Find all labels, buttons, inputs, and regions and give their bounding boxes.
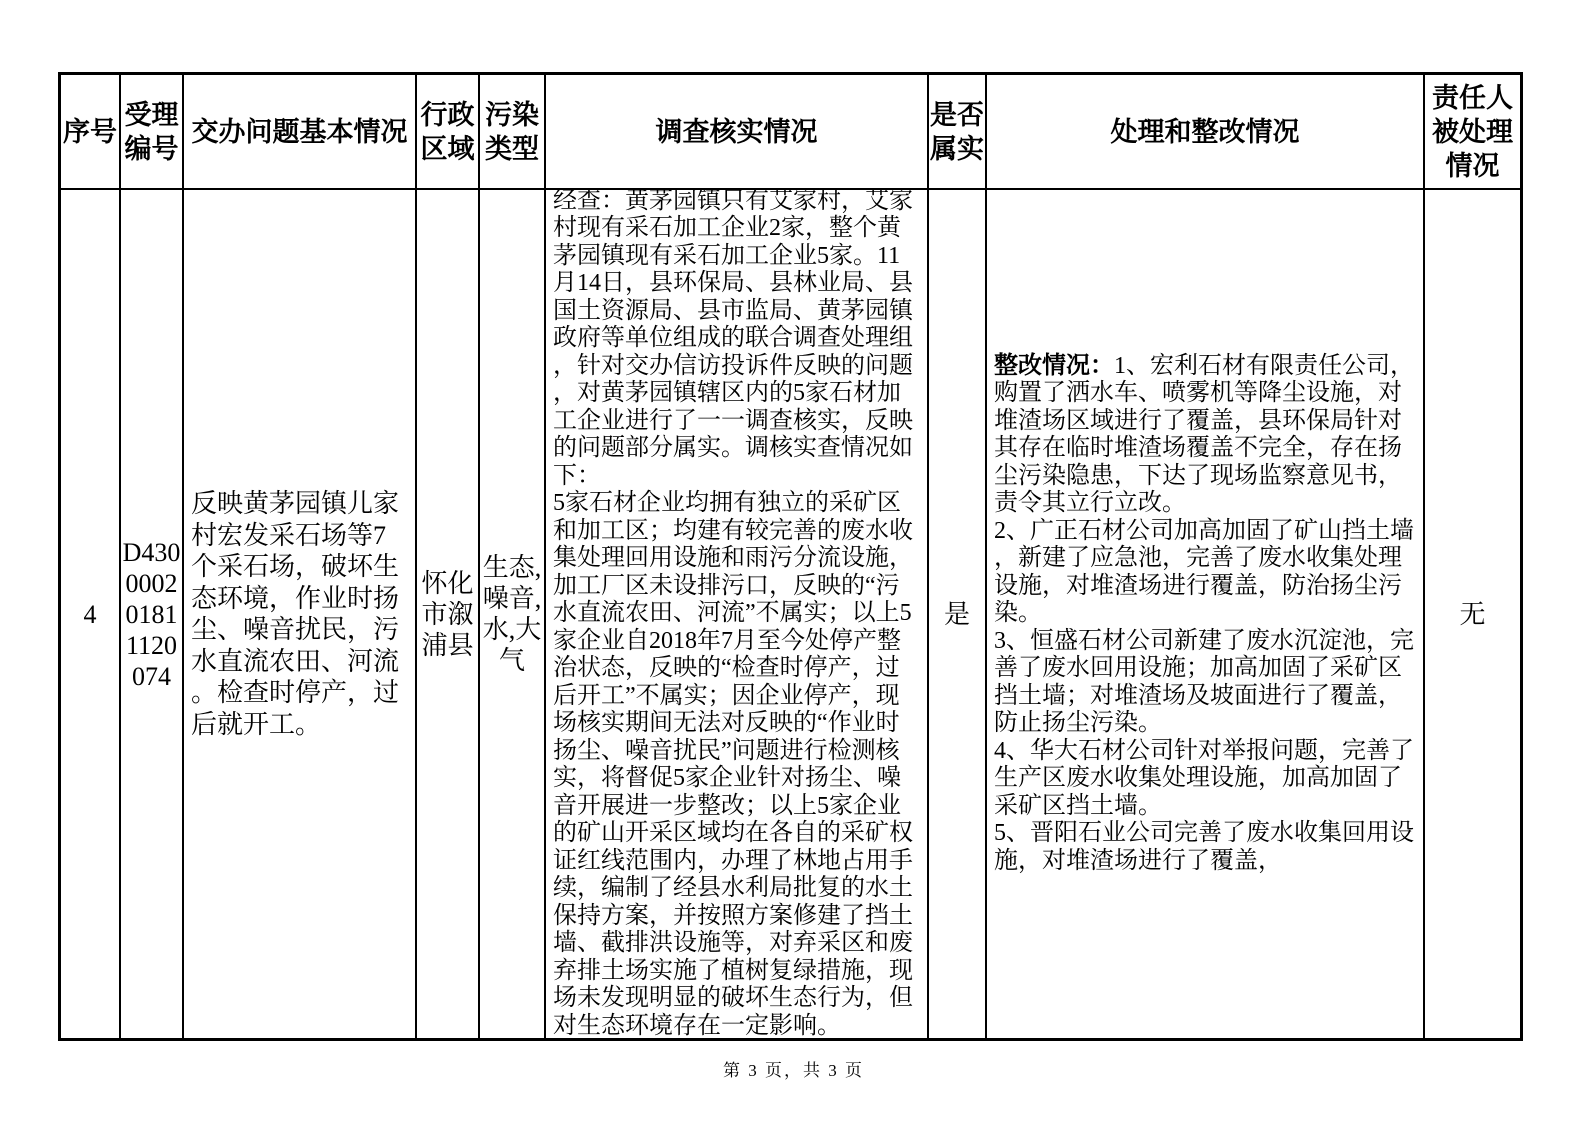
issue-text: 反映黄茅园镇儿家村宏发采石场等7个采石场，破坏生态环境，作业时扬尘、噪音扰民，污… xyxy=(191,488,408,740)
header-cell-rectification: 处理和整改情况 xyxy=(987,75,1425,190)
rectification-item: 5、晋阳石业公司完善了废水收集回用设施，对堆渣场进行了覆盖， xyxy=(994,820,1416,875)
rectification-item: 4、华大石材公司针对举报问题，完善了生产区废水收集处理设施，加高加固了采矿区挡土… xyxy=(994,738,1416,821)
header-cell-responsible: 责任人 被处理 情况 xyxy=(1425,75,1520,190)
complaint-handling-table: 序号 受理 编号 交办问题基本情况 行政 区域 污染 类型 调查核实情况 是否 … xyxy=(58,72,1523,1041)
rectification-item: 2、广正石材公司加高加固了矿山挡土墙，新建了应急池，完善了废水收集处理设施，对堆… xyxy=(994,518,1416,628)
rectification-label: 整改情况： xyxy=(994,353,1114,379)
header-cell-verified: 是否 属实 xyxy=(929,75,987,190)
cell-rectification: 整改情况：1、宏利石材有限责任公司，购置了洒水车、喷雾机等降尘设施，对堆渣场区域… xyxy=(987,190,1425,1038)
header-cell-case-no: 受理 编号 xyxy=(121,75,184,190)
header-cell-investigation: 调查核实情况 xyxy=(546,75,929,190)
investigation-paragraph-1: 经查：黄茅园镇只有艾家村，艾家村现有采石加工企业2家，整个黄茅园镇现有采石加工企… xyxy=(553,190,920,490)
rectification-paragraph-1: 整改情况：1、宏利石材有限责任公司，购置了洒水车、喷雾机等降尘设施，对堆渣场区域… xyxy=(994,353,1416,518)
cell-pollution-type: 生态, 噪音, 水,大 气 xyxy=(480,190,546,1038)
cell-region: 怀化 市溆 浦县 xyxy=(417,190,480,1038)
cell-responsible-handling: 无 xyxy=(1425,190,1520,1038)
cell-case-number: D430 0002 0181 1120 074 xyxy=(121,190,184,1038)
header-cell-issue: 交办问题基本情况 xyxy=(184,75,417,190)
cell-issue-description: 反映黄茅园镇儿家村宏发采石场等7个采石场，破坏生态环境，作业时扬尘、噪音扰民，污… xyxy=(184,190,417,1038)
header-cell-seq: 序号 xyxy=(61,75,121,190)
cell-seq-number: 4 xyxy=(61,190,121,1038)
cell-verified: 是 xyxy=(929,190,987,1038)
header-cell-pollution-type: 污染 类型 xyxy=(480,75,546,190)
cell-investigation: 经查：黄茅园镇只有艾家村，艾家村现有采石加工企业2家，整个黄茅园镇现有采石加工企… xyxy=(546,190,929,1038)
header-cell-region: 行政 区域 xyxy=(417,75,480,190)
page-number-footer: 第 3 页，共 3 页 xyxy=(0,1056,1587,1081)
rectification-item: 3、恒盛石材公司新建了废水沉淀池，完善了废水回用设施；加高加固了采矿区挡土墙；对… xyxy=(994,628,1416,738)
investigation-paragraph-2: 5家石材企业均拥有独立的采矿区和加工区；均建有较完善的废水收集处理回用设施和雨污… xyxy=(553,490,920,1038)
